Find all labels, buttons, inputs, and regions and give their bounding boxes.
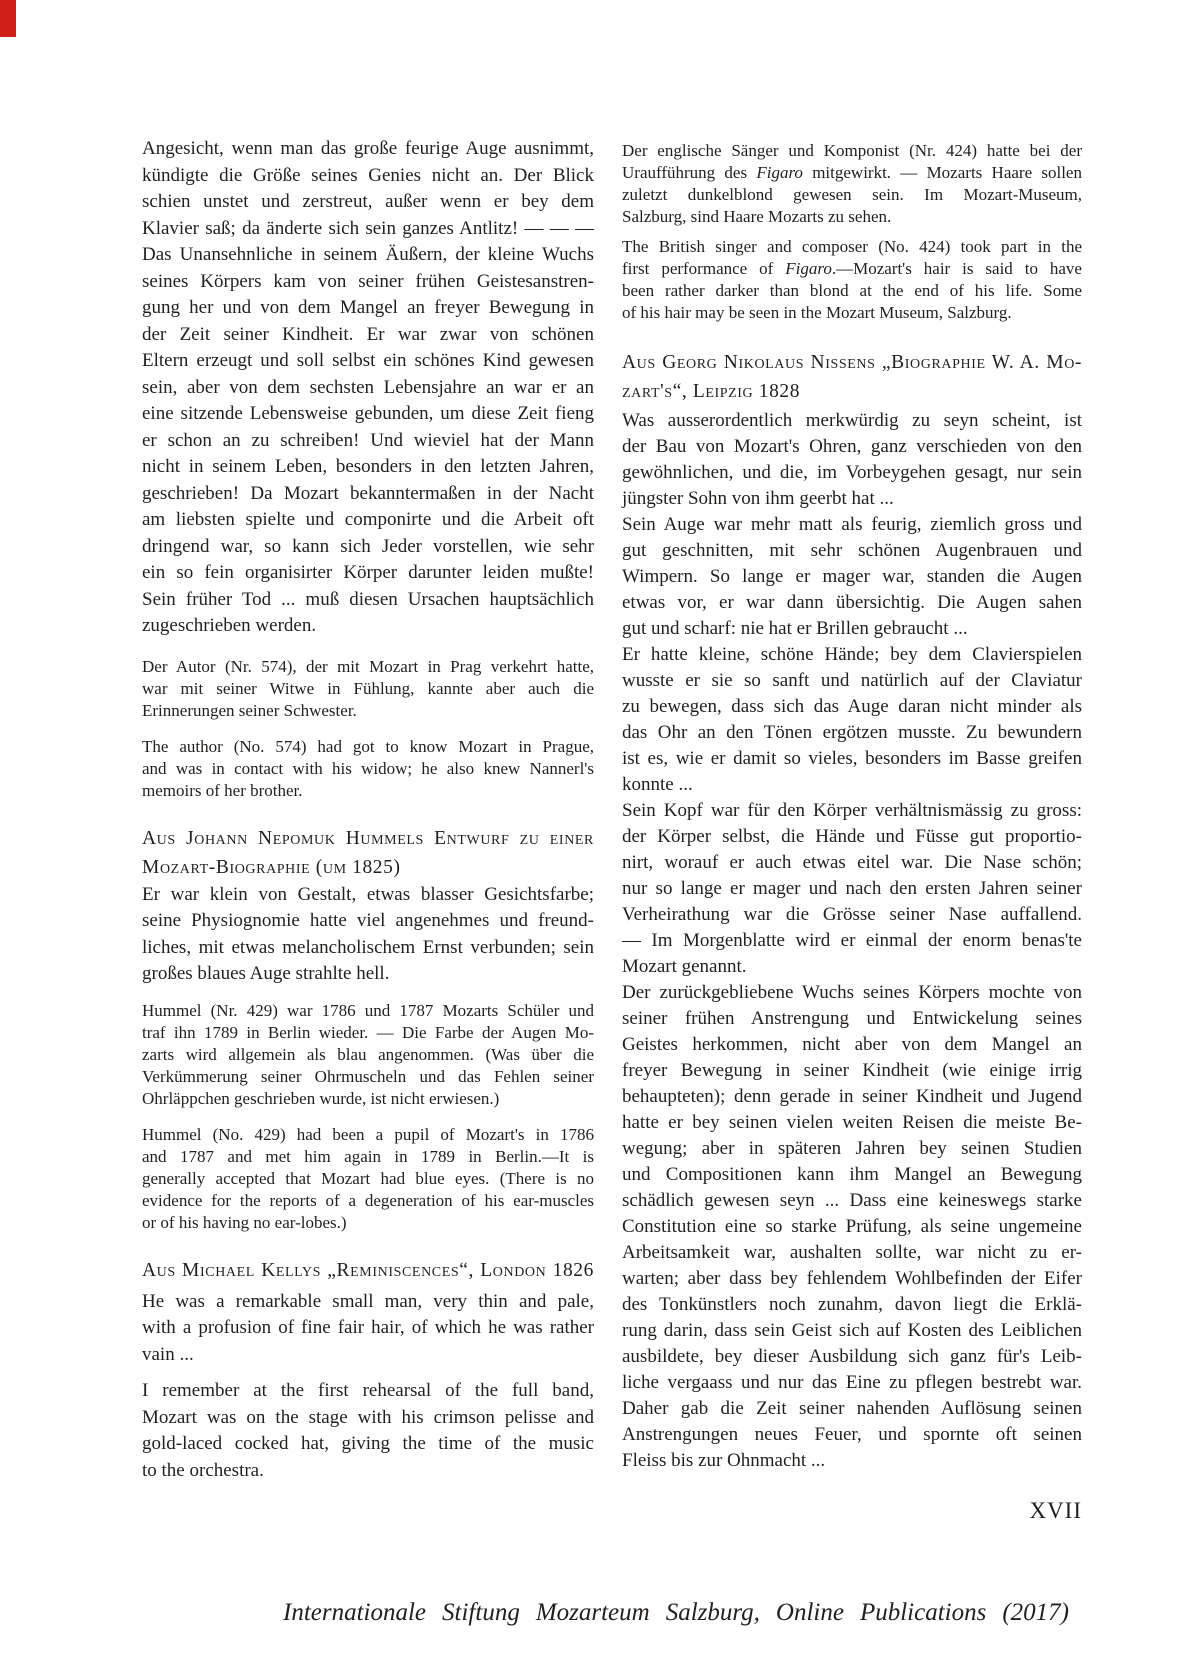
small-block: The British singer and composer (No. 424… — [622, 236, 1082, 324]
body-block: Was ausserordentlich merkwürdig zu seyn … — [622, 408, 1082, 512]
text-line: hatte er bey seinen vielen weiten Reisen… — [622, 1110, 1082, 1136]
text-line: Salzburg, sind Haare Mozarts zu sehen. — [622, 206, 1082, 228]
text-line: zugeschrieben werden. — [142, 613, 594, 640]
text-line: rung darin, dass sein Geist sich auf Kos… — [622, 1318, 1082, 1344]
small-block: Der Autor (Nr. 574), der mit Mozart in P… — [142, 656, 594, 722]
text-line: Uraufführung des Figaro mitgewirkt. — Mo… — [622, 162, 1082, 184]
text-line: Klavier saß; da änderte sich sein ganzes… — [142, 216, 594, 243]
text-line: Was ausserordentlich merkwürdig zu seyn … — [622, 408, 1082, 434]
text-line: gut und scharf: nie hat er Brillen gebra… — [622, 616, 1082, 642]
body-block: He was a remarkable small man, very thin… — [142, 1289, 594, 1369]
text-line: Der englische Sänger und Komponist (Nr. … — [622, 140, 1082, 162]
small-block: The author (No. 574) had got to know Moz… — [142, 736, 594, 802]
text-line: Er war klein von Gestalt, etwas blasser … — [142, 882, 594, 909]
text-line: dringend war, so kann sich Jeder vorstel… — [142, 534, 594, 561]
body-block: Der zurückgebliebene Wuchs seines Körper… — [622, 980, 1082, 1474]
small-block: Hummel (No. 429) had been a pupil of Moz… — [142, 1124, 594, 1234]
text-line: freyer Bewegung in seiner Kindheit (wie … — [622, 1058, 1082, 1084]
text-line: großes blaues Auge strahlte hell. — [142, 961, 594, 988]
text-line: or of his having no ear-lobes.) — [142, 1212, 594, 1234]
text-line: geschrieben! Da Mozart bekanntermaßen in… — [142, 481, 594, 508]
text-line: Verkümmerung seiner Ohrmuscheln und das … — [142, 1066, 594, 1088]
text-line: with a profusion of fine fair hair, of w… — [142, 1315, 594, 1342]
text-line: Sein Kopf war für den Körper verhältnism… — [622, 798, 1082, 824]
text-line: Das Unansehnliche in seinem Äußern, der … — [142, 242, 594, 269]
text-line: der Körper selbst, die Hände und Füsse g… — [622, 824, 1082, 850]
text-line: The British singer and composer (No. 424… — [622, 236, 1082, 258]
footer: Internationale Stiftung Mozarteum Salzbu… — [283, 1599, 1069, 1627]
text-line: zarts wird allgemein als blau angenommen… — [142, 1044, 594, 1066]
body-block: I remember at the first rehearsal of the… — [142, 1378, 594, 1484]
text-line: Hummel (Nr. 429) war 1786 und 1787 Mozar… — [142, 1000, 594, 1022]
text-line: memoirs of her brother. — [142, 780, 594, 802]
text-line: Eltern erzeugt und soll selbst ein schön… — [142, 348, 594, 375]
text-line: Ohrläppchen geschrieben wurde, ist nicht… — [142, 1088, 594, 1110]
text-line: wusste er sie so sanft und natürlich auf… — [622, 668, 1082, 694]
text-line: Aus Georg Nikolaus Nissens „Biographie W… — [622, 348, 1082, 377]
text-line: Verheirathung war die Grösse seiner Nase… — [622, 902, 1082, 928]
text-line: behaupteten); denn gerade in seiner Kind… — [622, 1084, 1082, 1110]
text-line: schädlich gewesen seyn ... Dass eine kei… — [622, 1188, 1082, 1214]
text-line: Geistes herkommen, nicht aber von dem Ma… — [622, 1032, 1082, 1058]
text-line: Erinnerungen seiner Schwester. — [142, 700, 594, 722]
text-line: zu bewegen, dass sich das Auge daran nic… — [622, 694, 1082, 720]
text-line: Wimpern. So lange er mager war, standen … — [622, 564, 1082, 590]
text-line: Hummel (No. 429) had been a pupil of Moz… — [142, 1124, 594, 1146]
text-line: warten; aber dass bey fehlendem Wohlbefi… — [622, 1266, 1082, 1292]
text-line: Sein Auge war mehr matt als feurig, ziem… — [622, 512, 1082, 538]
text-line: — Im Morgenblatte wird er einmal der eno… — [622, 928, 1082, 954]
text-line: seine Physiognomie hatte viel angenehmes… — [142, 908, 594, 935]
text-line: Fleiss bis zur Ohnmacht ... — [622, 1448, 1082, 1474]
text-line: The author (No. 574) had got to know Moz… — [142, 736, 594, 758]
text-line: He was a remarkable small man, very thin… — [142, 1289, 594, 1316]
text-line: to the orchestra. — [142, 1458, 594, 1485]
text-line: gut geschnitten, mit sehr schönen Augenb… — [622, 538, 1082, 564]
text-line: er schon an zu schreiben! Und wieviel ha… — [142, 428, 594, 455]
head-block: Aus Georg Nikolaus Nissens „Biographie W… — [622, 348, 1082, 406]
text-line: Sein früher Tod ... muß diesen Ursachen … — [142, 587, 594, 614]
text-line: eine sitzende Lebensweise gebunden, um d… — [142, 401, 594, 428]
body-block: Er war klein von Gestalt, etwas blasser … — [142, 882, 594, 988]
text-line: Constitution eine so starke Prüfung, als… — [622, 1214, 1082, 1240]
text-line: Er hatte kleine, schöne Hände; bey dem C… — [622, 642, 1082, 668]
text-line: nicht in seinem Leben, besonders in den … — [142, 454, 594, 481]
text-line: ist es, wie er damit so vieles, besonder… — [622, 746, 1082, 772]
body-block: Angesicht, wenn man das große feurige Au… — [142, 136, 594, 640]
text-line: kündigte die Größe seines Genies nicht a… — [142, 163, 594, 190]
text-line: des Tonkünstlers noch zunahm, davon lieg… — [622, 1292, 1082, 1318]
head-block: Aus Johann Nepomuk Hummels Entwurf zu ei… — [142, 824, 594, 882]
text-line: first performance of Figaro.—Mozart's ha… — [622, 258, 1082, 280]
small-block: Hummel (Nr. 429) war 1786 und 1787 Mozar… — [142, 1000, 594, 1110]
scan-artifact-mark — [0, 0, 16, 37]
small-block: Der englische Sänger und Komponist (Nr. … — [622, 140, 1082, 228]
text-line: seiner frühen Anstrengung und Entwickelu… — [622, 1006, 1082, 1032]
text-line: der Zeit seiner Kindheit. Er war zwar vo… — [142, 322, 594, 349]
body-block: Er hatte kleine, schöne Hände; bey dem C… — [622, 642, 1082, 798]
text-line: Angesicht, wenn man das große feurige Au… — [142, 136, 594, 163]
text-line: zart's“, Leipzig 1828 — [622, 377, 1082, 406]
text-line: vain ... — [142, 1342, 594, 1369]
text-line: generally accepted that Mozart had blue … — [142, 1168, 594, 1190]
text-line: konnte ... — [622, 772, 1082, 798]
text-line: and was in contact with his widow; he al… — [142, 758, 594, 780]
text-line: der Bau von Mozart's Ohren, ganz verschi… — [622, 434, 1082, 460]
text-line: ausbildete, bey dieser Ausbildung sich g… — [622, 1344, 1082, 1370]
text-line: Daher gab die Zeit seiner nahenden Auflö… — [622, 1396, 1082, 1422]
text-line: wegung; aber in späteren Jahren bey sein… — [622, 1136, 1082, 1162]
text-line: war mit seiner Witwe in Fühlung, kannte … — [142, 678, 594, 700]
text-line: etwas vor, er war dann übersichtig. Die … — [622, 590, 1082, 616]
head-block: Aus Michael Kellys „Reminiscences“, Lond… — [142, 1256, 594, 1285]
text-line: Der Autor (Nr. 574), der mit Mozart in P… — [142, 656, 594, 678]
text-line: und Compositionen kann ihm Mangel an Bew… — [622, 1162, 1082, 1188]
text-line: nur so lange er mager und nach den erste… — [622, 876, 1082, 902]
page-number: XVII — [622, 1498, 1082, 1524]
text-line: zuletzt dunkelblond gewesen sein. Im Moz… — [622, 184, 1082, 206]
text-line: Mozart-Biographie (um 1825) — [142, 853, 594, 882]
text-line: been rather darker than blond at the end… — [622, 280, 1082, 302]
text-line: Arbeitsamkeit war, aushalten sollte, war… — [622, 1240, 1082, 1266]
text-line: am liebsten spielte und componirte und d… — [142, 507, 594, 534]
text-line: Mozart was on the stage with his crimson… — [142, 1405, 594, 1432]
text-line: ein so fein organisirter Körper darunter… — [142, 560, 594, 587]
text-line: traf ihn 1789 in Berlin wieder. — Die Fa… — [142, 1022, 594, 1044]
page: Angesicht, wenn man das große feurige Au… — [0, 0, 1200, 1655]
text-line: of his hair may be seen in the Mozart Mu… — [622, 302, 1082, 324]
text-line: Mozart genannt. — [622, 954, 1082, 980]
text-line: Aus Michael Kellys „Reminiscences“, Lond… — [142, 1256, 594, 1285]
text-line: sein, aber von dem sechsten Lebensjahre … — [142, 375, 594, 402]
text-line: nirt, worauf er auch etwas eitel war. Di… — [622, 850, 1082, 876]
text-line: gung her und von dem Mangel an freyer Be… — [142, 295, 594, 322]
text-line: evidence for the reports of a degenerati… — [142, 1190, 594, 1212]
text-column-left: Angesicht, wenn man das große feurige Au… — [142, 136, 594, 1484]
text-line: Anstrengungen neues Feuer, und spornte o… — [622, 1422, 1082, 1448]
body-block: Sein Auge war mehr matt als feurig, ziem… — [622, 512, 1082, 642]
text-line: seines Körpers kam von seiner frühen Gei… — [142, 269, 594, 296]
text-line: gewöhnlichen, und die, im Vorbeygehen ge… — [622, 460, 1082, 486]
text-line: Der zurückgebliebene Wuchs seines Körper… — [622, 980, 1082, 1006]
text-line: Aus Johann Nepomuk Hummels Entwurf zu ei… — [142, 824, 594, 853]
text-line: jüngster Sohn von ihm geerbt hat ... — [622, 486, 1082, 512]
text-line: liche vergaass und nur das Eine zu pfleg… — [622, 1370, 1082, 1396]
text-line: das Ohr an den Tönen ergötzen musste. Zu… — [622, 720, 1082, 746]
body-block: Sein Kopf war für den Körper verhältnism… — [622, 798, 1082, 980]
text-line: and 1787 and met him again in 1789 in Be… — [142, 1146, 594, 1168]
text-line: liches, mit etwas melancholischem Ernst … — [142, 935, 594, 962]
text-line: schien unstet und zerstreut, außer wenn … — [142, 189, 594, 216]
text-line: gold-laced cocked hat, giving the time o… — [142, 1431, 594, 1458]
text-column-right: Der englische Sänger und Komponist (Nr. … — [622, 140, 1082, 1474]
footer-text: Internationale Stiftung Mozarteum Salzbu… — [283, 1599, 1069, 1627]
text-line: I remember at the first rehearsal of the… — [142, 1378, 594, 1405]
